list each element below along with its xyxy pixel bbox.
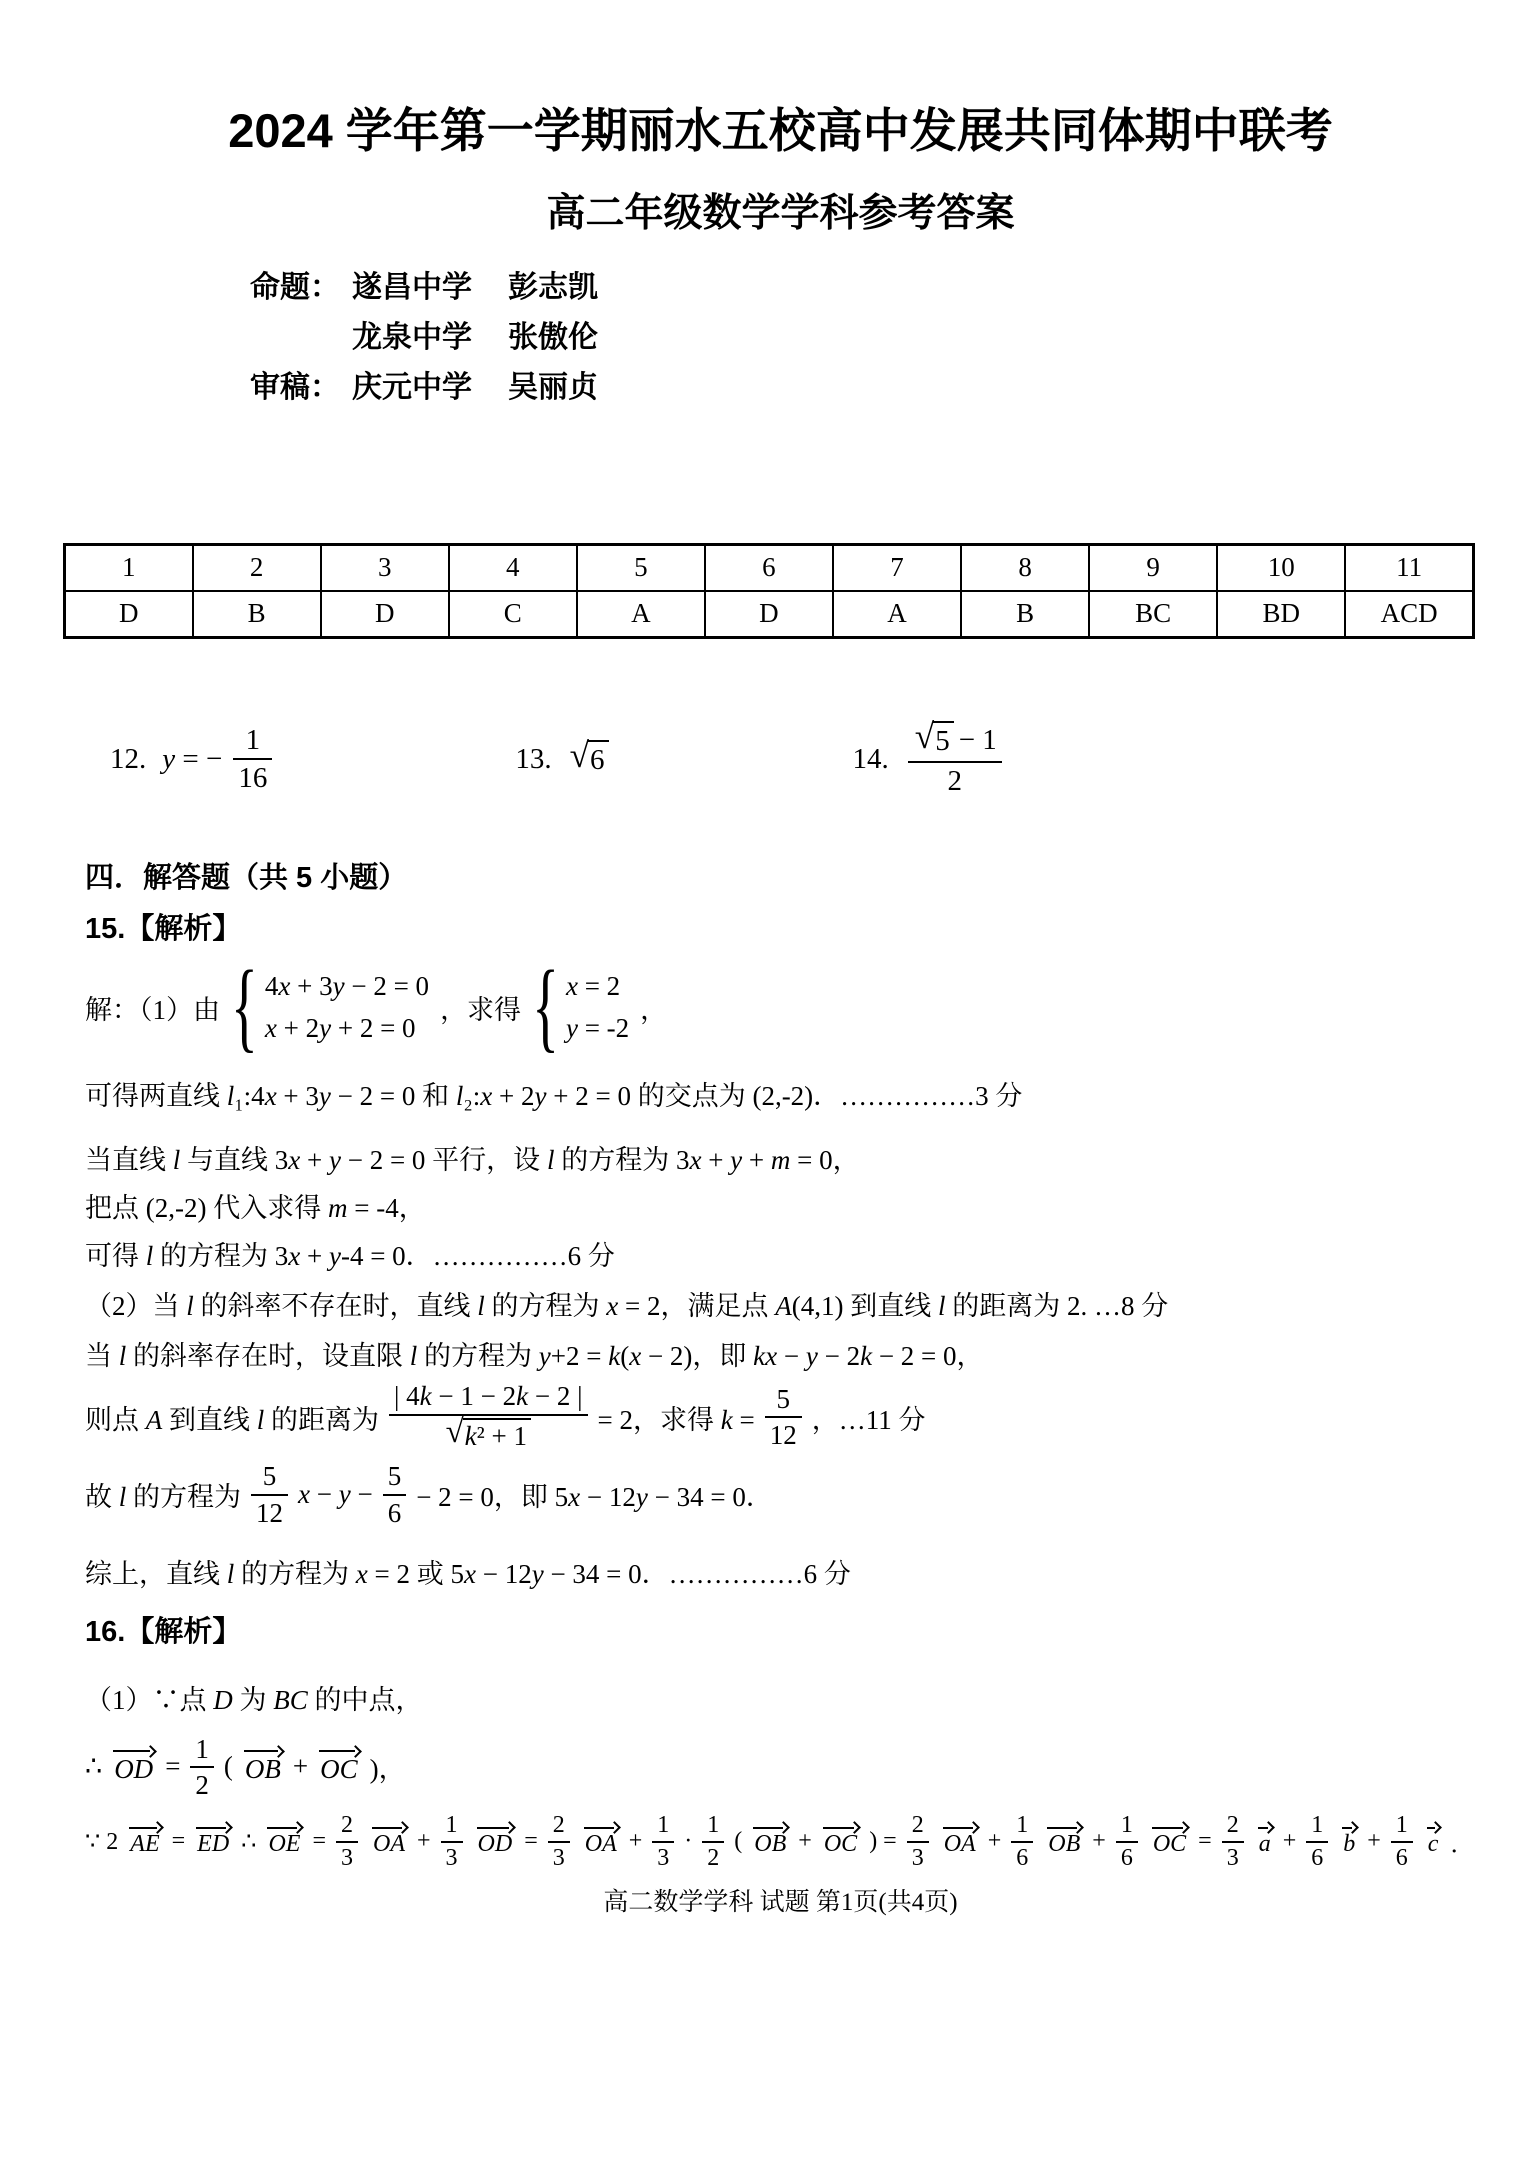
fraction-denominator: 3 [652, 1841, 674, 1872]
vector-OE: OE [265, 1827, 303, 1857]
radicand: 6 [588, 740, 609, 778]
radicand: k² + 1 [463, 1418, 531, 1454]
math-text: + [417, 1828, 431, 1855]
vector-OA: OA [941, 1827, 979, 1857]
vector-a: a [1256, 1827, 1274, 1857]
math-text: （1）∵点 D 为 BC 的中点， [85, 1678, 423, 1717]
math-text: ( [734, 1828, 742, 1855]
equation-system: {4x + 3y − 2 = 0x + 2y + 2 = 0 [231, 971, 429, 1043]
fraction: 23 [548, 1812, 570, 1872]
question-number-label: 12. [110, 743, 146, 776]
radicand: 5 [933, 721, 954, 759]
fraction-denominator: 6 [1116, 1841, 1138, 1872]
fraction-denominator: 6 [383, 1494, 407, 1528]
math-text: · [684, 1828, 692, 1855]
fraction-numerator: 2 [336, 1812, 358, 1841]
equation-row: x = 2 [566, 971, 629, 1001]
q15-line-5: 可得 l 的方程为 3x + y-4 = 0．……………6 分 [85, 1231, 1476, 1275]
square-root: √5 [915, 721, 954, 759]
fraction-denominator: 2 [908, 761, 1002, 797]
author-school: 庆元中学 [352, 371, 472, 404]
fraction-numerator: 1 [1306, 1812, 1328, 1841]
math-text: = [165, 1751, 180, 1782]
q16-heading: 16.【解析】 [85, 1614, 1476, 1652]
math-text: 当直线 l 与直线 3x + y − 2 = 0 平行，设 l 的方程为 3x … [85, 1138, 860, 1177]
math-text: ( [224, 1751, 233, 1782]
fraction: 23 [907, 1812, 929, 1872]
answer-table-answer-cell: A [577, 591, 705, 638]
square-root: √k² + 1 [446, 1418, 531, 1454]
answer-table-answer-cell: BD [1217, 591, 1345, 638]
equation-rows: x = 2y = -2 [566, 971, 629, 1043]
equation-row: x + 2y + 2 = 0 [265, 1013, 429, 1043]
q15-line-10: 综上，直线 l 的方程为 x = 2 或 5x − 12y − 34 = 0．…… [85, 1550, 1476, 1594]
answer-table-number-cell: 6 [705, 544, 833, 591]
fraction-numerator: 5 [765, 1384, 802, 1416]
fraction-denominator: 3 [336, 1841, 358, 1872]
math-text: ，…11 分 [812, 1398, 926, 1437]
q15-line-4: 把点 (2,-2) 代入求得 m = -4， [85, 1183, 1476, 1227]
answer-table-number-row: 1234567891011 [65, 544, 1474, 591]
answer-14: 14.√5− 12 [853, 721, 1005, 798]
answer-12: 12.y = −116 [110, 724, 275, 795]
math-text: − 2 = 0，即 5x − 12y − 34 = 0． [416, 1475, 773, 1514]
answer-table-answer-cell: BC [1089, 591, 1217, 638]
answer-table-number-cell: 5 [577, 544, 705, 591]
question-number-label: 14. [853, 743, 889, 776]
q15-line-9: 故 l 的方程为512x − y −56− 2 = 0，即 5x − 12y −… [85, 1461, 1476, 1527]
answer-table-answer-cell: ACD [1345, 591, 1473, 638]
math-text: ∵ 2 [85, 1827, 118, 1856]
answer-table-number-cell: 1 [65, 544, 193, 591]
fraction-numerator: 5 [383, 1461, 407, 1493]
vector-ED: ED [194, 1827, 232, 1857]
math-text: + [1092, 1828, 1106, 1855]
q15-line-6: （2）当 l 的斜率不存在时，直线 l 的方程为 x = 2，满足点 A(4,1… [85, 1281, 1476, 1325]
author-school: 遂昌中学 [352, 271, 472, 304]
fraction: √5− 12 [908, 721, 1002, 798]
author-school: 龙泉中学 [352, 321, 472, 354]
fraction-numerator: 1 [441, 1812, 463, 1841]
answer-table-number-cell: 7 [833, 544, 961, 591]
answer-table-answer-cell: B [961, 591, 1089, 638]
fraction-denominator: 16 [233, 758, 272, 794]
fraction: 512 [251, 1461, 288, 1527]
fraction-denominator: 3 [907, 1841, 929, 1872]
vector-OA: OA [370, 1827, 408, 1857]
math-text: + [293, 1751, 308, 1782]
fraction-numerator: 2 [907, 1812, 929, 1841]
fraction-denominator: 3 [548, 1841, 570, 1872]
vector-OB: OB [1045, 1827, 1083, 1857]
equation-row: 4x + 3y − 2 = 0 [265, 971, 429, 1001]
fraction: 16 [1306, 1812, 1328, 1872]
fraction-denominator: 6 [1011, 1841, 1033, 1872]
radical-icon: √ [915, 719, 934, 754]
math-text: ∴ [85, 1751, 102, 1782]
page-subtitle: 高二年级数学学科参考答案 [85, 192, 1476, 237]
math-text: + [798, 1828, 812, 1855]
fraction: 56 [383, 1461, 407, 1527]
question-number-label: 13. [515, 743, 551, 776]
vector-OB: OB [751, 1827, 789, 1857]
math-text: 则点 A 到直线 l 的距离为 [85, 1398, 379, 1437]
equation-system: {x = 2y = -2 [532, 971, 629, 1043]
radical-icon: √ [570, 738, 589, 773]
math-text: ) = [869, 1828, 897, 1855]
math-text: 解：（1）由 [85, 988, 220, 1027]
answer-table-answer-cell: D [321, 591, 449, 638]
q16-line-3: ∵ 2AE=ED∴OE=23OA+13OD=23OA+13·12(OB+OC) … [85, 1812, 1476, 1872]
answer-table-answer-cell: D [65, 591, 193, 638]
vector-c: c [1425, 1827, 1442, 1857]
math-text: = [1198, 1828, 1212, 1855]
math-text: = 2，求得 k = [598, 1398, 755, 1437]
vector-OC: OC [317, 1750, 361, 1783]
vector-AE: AE [127, 1827, 162, 1857]
q15-line-1: 解：（1）由{4x + 3y − 2 = 0x + 2y + 2 = 0，求得{… [85, 971, 1476, 1043]
fraction: 16 [1011, 1812, 1033, 1872]
q15-line-8: 则点 A 到直线 l 的距离为| 4k − 1 − 2k − 2 |√k² + … [85, 1381, 1476, 1453]
math-text: ． [1450, 1824, 1474, 1859]
radical-icon: √ [446, 1416, 464, 1449]
math-text: | 4k − 1 − 2k − 2 | [394, 1381, 582, 1411]
left-brace-icon: { [231, 957, 258, 1058]
answer-table-answer-cell: A [833, 591, 961, 638]
answer-table-number-cell: 11 [1345, 544, 1473, 591]
fraction-denominator: 12 [765, 1416, 802, 1450]
square-root: √6 [570, 740, 609, 778]
math-text: 综上，直线 l 的方程为 x = 2 或 5x − 12y − 34 = 0．…… [85, 1552, 851, 1591]
fraction-numerator: 1 [652, 1812, 674, 1841]
fraction: | 4k − 1 − 2k − 2 |√k² + 1 [389, 1381, 587, 1453]
fraction-denominator: 3 [441, 1841, 463, 1872]
fraction: 16 [1116, 1812, 1138, 1872]
authors-block: 命题：遂昌中学彭志凯 龙泉中学张傲伦 审稿：庆元中学吴丽贞 [250, 263, 1476, 413]
author-row-proposer-1: 命题：遂昌中学彭志凯 [250, 263, 1476, 313]
math-text: x − y − [298, 1479, 373, 1510]
author-row-proposer-2: 龙泉中学张傲伦 [250, 313, 1476, 363]
vector-b: b [1340, 1827, 1358, 1857]
left-brace-icon: { [532, 957, 559, 1058]
vector-OC: OC [821, 1827, 860, 1857]
answer-table-number-cell: 3 [321, 544, 449, 591]
fraction-numerator: 2 [548, 1812, 570, 1841]
equation-rows: 4x + 3y − 2 = 0x + 2y + 2 = 0 [265, 971, 429, 1043]
fraction-denominator: 3 [1222, 1841, 1244, 1872]
math-text: （2）当 l 的斜率不存在时，直线 l 的方程为 x = 2，满足点 A(4,1… [85, 1284, 1168, 1323]
fraction-numerator: 1 [702, 1812, 724, 1841]
vector-OB: OB [242, 1750, 284, 1783]
answer-13: 13.√6 [515, 740, 610, 778]
math-text: − 1 [959, 724, 997, 756]
page-title: 2024 学年第一学期丽水五校高中发展共同体期中联考 [85, 104, 1476, 158]
vector-OC: OC [1150, 1827, 1189, 1857]
math-text: 把点 (2,-2) 代入求得 m = -4， [85, 1186, 426, 1225]
q16-line-1: （1）∵点 D 为 BC 的中点， [85, 1676, 1476, 1720]
fraction: 12 [190, 1734, 214, 1800]
answer-key-page: 2024 学年第一学期丽水五校高中发展共同体期中联考 高二年级数学学科参考答案 … [0, 0, 1536, 2174]
fraction-denominator: 2 [702, 1841, 724, 1872]
q15-line-2: 可得两直线 l₁:4x + 3y − 2 = 0 和 l₂:x + 2y + 2… [85, 1071, 1476, 1115]
fraction-denominator: 6 [1306, 1841, 1328, 1872]
fraction-numerator: 1 [1011, 1812, 1033, 1841]
q15-heading: 15.【解析】 [85, 911, 1476, 949]
fraction: 16 [1391, 1812, 1413, 1872]
fraction-numerator: 5 [251, 1461, 288, 1493]
q15-line-3: 当直线 l 与直线 3x + y − 2 = 0 平行，设 l 的方程为 3x … [85, 1135, 1476, 1179]
math-text: + [1283, 1828, 1297, 1855]
author-role-label: 审稿： [250, 363, 352, 413]
math-text: + [629, 1828, 643, 1855]
fraction: 23 [336, 1812, 358, 1872]
math-text: 可得两直线 l₁:4x + 3y − 2 = 0 和 l₂:x + 2y + 2… [85, 1074, 1022, 1113]
math-text: )， [370, 1747, 406, 1786]
fraction-denominator: 12 [251, 1494, 288, 1528]
math-text: ∴ [241, 1827, 256, 1856]
fill-in-answers-row: 12.y = −116 13.√6 14.√5− 12 [85, 721, 1476, 798]
math-text: 故 l 的方程为 [85, 1475, 241, 1514]
author-row-reviewer: 审稿：庆元中学吴丽贞 [250, 363, 1476, 413]
answer-table-answer-cell: D [705, 591, 833, 638]
math-text: + [1367, 1828, 1381, 1855]
answer-table-number-cell: 2 [193, 544, 321, 591]
fraction-denominator: 6 [1391, 1841, 1413, 1872]
math-text: = [524, 1828, 538, 1855]
author-name: 吴丽贞 [508, 371, 598, 404]
math-text: ，求得 [440, 988, 521, 1027]
math-text: = [312, 1828, 326, 1855]
fraction-numerator: 1 [190, 1734, 214, 1766]
answer-table-number-cell: 10 [1217, 544, 1345, 591]
author-role-label: 命题： [250, 263, 352, 313]
answer-table-answer-cell: B [193, 591, 321, 638]
section4-heading: 四．解答题（共 5 小题） [85, 860, 1476, 898]
answer-table-number-cell: 4 [449, 544, 577, 591]
fraction-numerator: 1 [1391, 1812, 1413, 1841]
math-text: 可得 l 的方程为 3x + y-4 = 0．……………6 分 [85, 1234, 615, 1273]
fraction: 23 [1222, 1812, 1244, 1872]
fraction: 512 [765, 1384, 802, 1450]
fraction-numerator: 2 [1222, 1812, 1244, 1841]
answer-table-number-cell: 9 [1089, 544, 1217, 591]
answer-table-answer-row: DBDCADABBCBDACD [65, 591, 1474, 638]
math-text: = [172, 1828, 186, 1855]
fraction: 12 [702, 1812, 724, 1872]
fraction: 13 [441, 1812, 463, 1872]
math-text: 当 l 的斜率存在时，设直限 l 的方程为 y+2 = k(x − 2)，即 k… [85, 1334, 984, 1373]
fraction-numerator: 1 [233, 724, 272, 758]
answer-table-number-cell: 8 [961, 544, 1089, 591]
math-text: + [988, 1828, 1002, 1855]
page-footer: 高二数学学科 试题 第1页(共4页) [85, 1882, 1476, 1918]
q15-line-7: 当 l 的斜率存在时，设直限 l 的方程为 y+2 = k(x − 2)，即 k… [85, 1331, 1476, 1375]
q16-line-2: ∴OD=12(OB+OC)， [85, 1734, 1476, 1800]
vector-OD: OD [111, 1750, 156, 1783]
vector-OD: OD [475, 1827, 516, 1857]
equation-row: y = -2 [566, 1013, 629, 1043]
math-text: ， [640, 988, 667, 1027]
answer-table-answer-cell: C [449, 591, 577, 638]
fraction: 13 [652, 1812, 674, 1872]
math-text: y = − [162, 743, 222, 776]
author-name: 张傲伦 [508, 321, 598, 354]
fraction-denominator: 2 [190, 1766, 214, 1800]
author-name: 彭志凯 [508, 271, 598, 304]
answer-table: 1234567891011 DBDCADABBCBDACD [63, 543, 1475, 639]
fraction-numerator: 1 [1116, 1812, 1138, 1841]
vector-OA: OA [582, 1827, 620, 1857]
fraction: 116 [233, 724, 272, 795]
